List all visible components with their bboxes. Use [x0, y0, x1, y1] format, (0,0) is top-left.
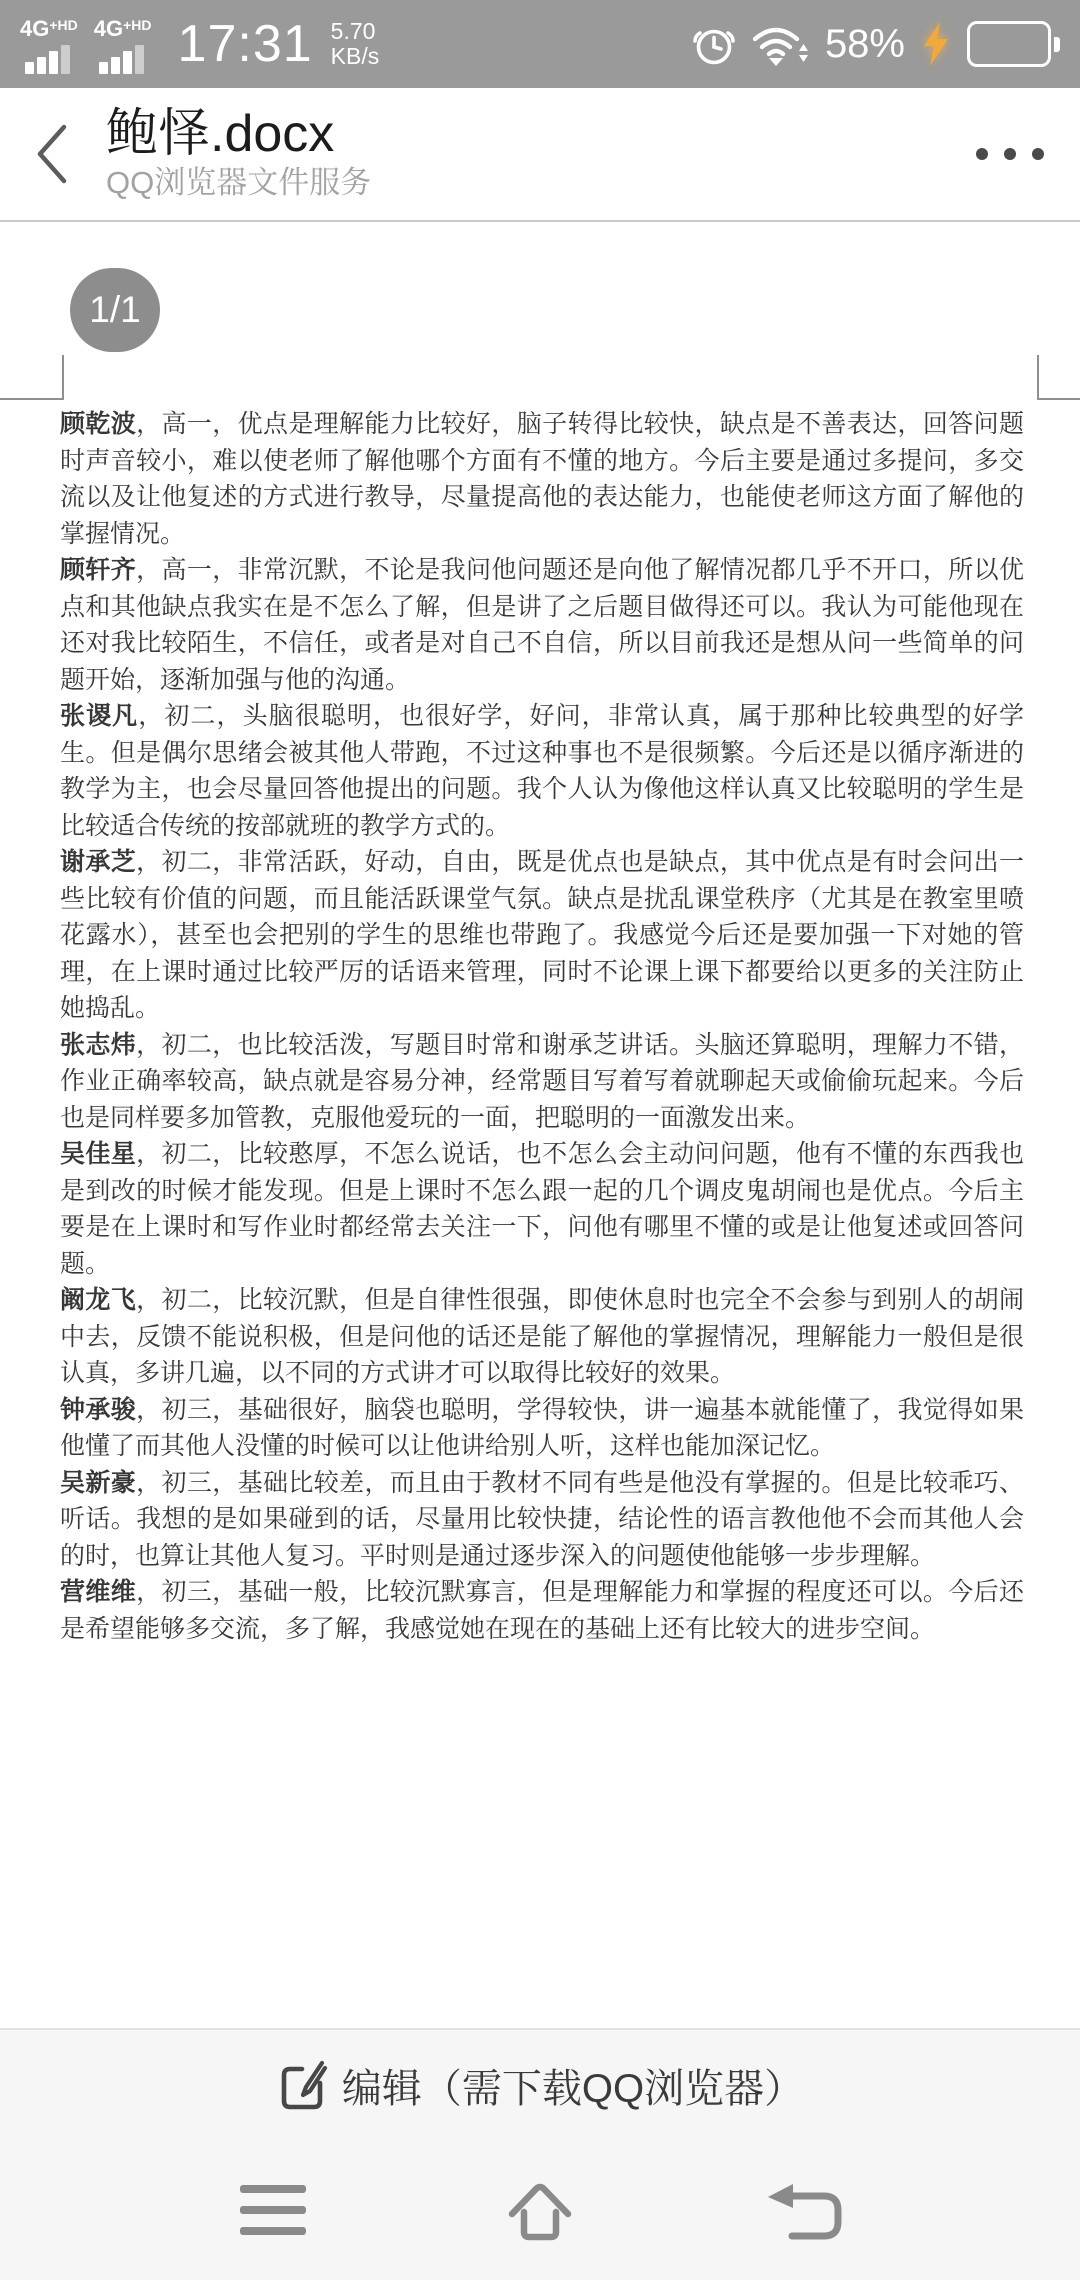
signal-bars-icon [25, 44, 73, 74]
edit-button[interactable]: 编辑（需下载QQ浏览器） [0, 2030, 1080, 2140]
page-corner-mark [1037, 398, 1080, 400]
back-return-icon [762, 2170, 852, 2250]
more-dots-icon [1032, 148, 1044, 160]
student-name: 张志炜 [60, 1031, 136, 1059]
more-menu-button[interactable] [970, 128, 1050, 180]
doc-paragraphs: 顾乾波，高一，优点是理解能力比较好，脑子转得比较快，缺点是不善表达，回答问题时声… [60, 406, 1024, 1647]
document-viewer[interactable]: 1/1 顾乾波，高一，优点是理解能力比较好，脑子转得比较快，缺点是不善表达，回答… [0, 222, 1080, 2028]
student-name: 顾轩齐 [60, 556, 136, 584]
status-left: 4G+HD 4G+HD 17:31 5.70 KB/s [20, 14, 379, 74]
student-name: 谢承芝 [60, 848, 136, 876]
menu-icon [240, 2185, 306, 2235]
bottom-bar: 编辑（需下载QQ浏览器） [0, 2028, 1080, 2280]
page-corner-mark [0, 398, 64, 400]
file-source-subtitle: QQ浏览器文件服务 [106, 163, 371, 203]
chevron-left-icon [34, 122, 70, 186]
student-name: 顾乾波 [60, 410, 136, 438]
sim1-network-label: 4G+HD [20, 14, 78, 40]
status-right: 58% [691, 20, 1060, 68]
doc-paragraph: 吴佳星，初二，比较憨厚，不怎么说话，也不怎么会主动问问题，他有不懂的东西我也是到… [60, 1136, 1024, 1282]
status-time: 17:31 [178, 14, 313, 74]
doc-paragraph: 阚龙飞，初二，比较沉默，但是自律性很强，即使休息时也完全不会参与到别人的胡闹中去… [60, 1282, 1024, 1392]
student-name: 阚龙飞 [60, 1286, 136, 1314]
page-indicator-badge: 1/1 [70, 268, 160, 352]
speed-unit: KB/s [331, 44, 380, 69]
alarm-icon [691, 20, 737, 68]
edit-button-label: 编辑（需下载QQ浏览器） [342, 2057, 804, 2114]
home-icon [500, 2170, 580, 2250]
student-name: 吴新豪 [60, 1469, 136, 1497]
more-dots-icon [976, 148, 988, 160]
wifi-icon [751, 20, 811, 68]
page-corner-mark [62, 355, 64, 400]
speed-value: 5.70 [331, 19, 380, 44]
file-title: 鲍怿.docx [106, 105, 371, 163]
navigation-bar [0, 2140, 1080, 2280]
header: 鲍怿.docx QQ浏览器文件服务 [0, 88, 1080, 222]
sim1-signal: 4G+HD [20, 14, 78, 74]
student-name: 吴佳星 [60, 1140, 136, 1168]
sim2-signal: 4G+HD [94, 14, 152, 74]
back-button[interactable] [30, 119, 74, 189]
nav-back-button[interactable] [747, 2155, 867, 2265]
edit-pencil-icon [276, 2057, 332, 2113]
header-titles: 鲍怿.docx QQ浏览器文件服务 [106, 105, 371, 203]
status-bar: 4G+HD 4G+HD 17:31 5.70 KB/s [0, 0, 1080, 88]
doc-paragraph: 谢承芝，初二，非常活跃，好动，自由，既是优点也是缺点，其中优点是有时会问出一些比… [60, 844, 1024, 1027]
doc-paragraph: 张志炜，初二，也比较活泼，写题目时常和谢承芝讲话。头脑还算聪明，理解力不错，作业… [60, 1027, 1024, 1137]
doc-paragraph: 营维维，初三，基础一般，比较沉默寡言，但是理解能力和掌握的程度还可以。今后还是希… [60, 1574, 1024, 1647]
battery-icon [967, 21, 1060, 67]
nav-home-button[interactable] [480, 2155, 600, 2265]
sim2-network-label: 4G+HD [94, 14, 152, 40]
doc-paragraph: 顾乾波，高一，优点是理解能力比较好，脑子转得比较快，缺点是不善表达，回答问题时声… [60, 406, 1024, 552]
charging-bolt-icon [919, 20, 953, 68]
student-name: 钟承骏 [60, 1396, 136, 1424]
doc-paragraph: 钟承骏，初三，基础很好，脑袋也聪明，学得较快，讲一遍基本就能懂了，我觉得如果他懂… [60, 1392, 1024, 1465]
battery-percent-label: 58% [825, 22, 905, 67]
doc-paragraph: 张谡凡，初二，头脑很聪明，也很好学，好问，非常认真，属于那种比较典型的好学生。但… [60, 698, 1024, 844]
more-dots-icon [1004, 148, 1016, 160]
page-corner-mark [1037, 355, 1039, 400]
doc-paragraph: 吴新豪，初三，基础比较差，而且由于教材不同有些是他没有掌握的。但是比较乖巧、听话… [60, 1465, 1024, 1575]
signal-bars-icon [99, 44, 147, 74]
doc-paragraph: 顾轩齐，高一，非常沉默，不论是我问他问题还是向他了解情况都几乎不开口，所以优点和… [60, 552, 1024, 698]
network-speed: 5.70 KB/s [331, 19, 380, 69]
student-name: 张谡凡 [60, 702, 138, 730]
student-name: 营维维 [60, 1578, 136, 1606]
phone-screen: 4G+HD 4G+HD 17:31 5.70 KB/s [0, 0, 1080, 2280]
nav-menu-button[interactable] [213, 2155, 333, 2265]
